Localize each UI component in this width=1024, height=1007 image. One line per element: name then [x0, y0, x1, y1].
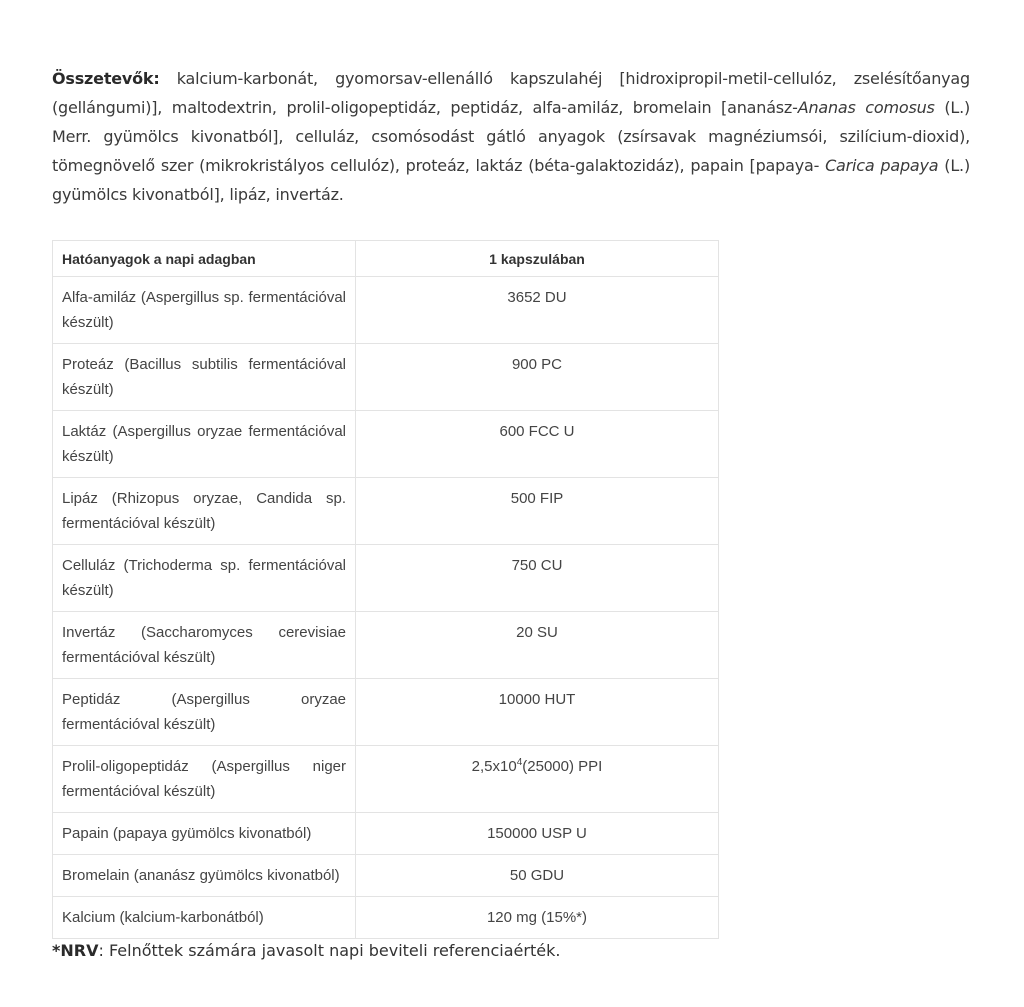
ingredient-name: Proteáz (Bacillus subtilis fermentációva…: [53, 344, 356, 411]
ingredients-italic-1: Ananas comosus: [798, 98, 935, 117]
ingredient-amount: 10000 HUT: [356, 679, 719, 746]
header-per-capsule: 1 kapszulában: [356, 241, 719, 277]
table-row: Alfa-amiláz (Aspergillus sp. fermentáció…: [53, 277, 719, 344]
ingredient-name: Kalcium (kalcium-karbonátból): [53, 897, 356, 939]
nrv-text: : Felnőttek számára javasolt napi bevite…: [98, 941, 560, 960]
ingredient-amount: 600 FCC U: [356, 411, 719, 478]
table-row: Proteáz (Bacillus subtilis fermentációva…: [53, 344, 719, 411]
ingredient-name: Bromelain (ananász gyümölcs kivonatból): [53, 855, 356, 897]
ingredients-paragraph: Összetevők: kalcium-karbonát, gyomorsav-…: [52, 64, 970, 209]
nrv-label: *NRV: [52, 941, 98, 960]
header-active-ingredients: Hatóanyagok a napi adagban: [53, 241, 356, 277]
ingredient-amount: 3652 DU: [356, 277, 719, 344]
amount-rest: (25000) PPI: [522, 758, 602, 775]
table-row: Laktáz (Aspergillus oryzae fermentációva…: [53, 411, 719, 478]
table-row: Peptidáz (Aspergillus oryzae fermentáció…: [53, 679, 719, 746]
table-header-row: Hatóanyagok a napi adagban 1 kapszulában: [53, 241, 719, 277]
table-row: Celluláz (Trichoderma sp. fermentációval…: [53, 545, 719, 612]
ingredient-amount: 120 mg (15%*): [356, 897, 719, 939]
ingredients-italic-2: Carica papaya: [825, 156, 938, 175]
table-row: Invertáz (Saccharomyces cerevisiae ferme…: [53, 612, 719, 679]
ingredient-amount: 750 CU: [356, 545, 719, 612]
ingredient-name: Laktáz (Aspergillus oryzae fermentációva…: [53, 411, 356, 478]
ingredients-label: Összetevők:: [52, 69, 160, 88]
ingredient-name: Prolil-oligopeptidáz (Aspergillus niger …: [53, 746, 356, 813]
ingredient-name: Peptidáz (Aspergillus oryzae fermentáció…: [53, 679, 356, 746]
ingredient-name: Celluláz (Trichoderma sp. fermentációval…: [53, 545, 356, 612]
ingredient-amount: 2,5x104(25000) PPI: [356, 746, 719, 813]
ingredient-amount: 900 PC: [356, 344, 719, 411]
table-row: Kalcium (kalcium-karbonátból)120 mg (15%…: [53, 897, 719, 939]
ingredient-name: Alfa-amiláz (Aspergillus sp. fermentáció…: [53, 277, 356, 344]
ingredient-amount: 20 SU: [356, 612, 719, 679]
ingredient-amount: 150000 USP U: [356, 813, 719, 855]
active-ingredients-table: Hatóanyagok a napi adagban 1 kapszulában…: [52, 240, 719, 939]
table-row: Lipáz (Rhizopus oryzae, Candida sp. ferm…: [53, 478, 719, 545]
ingredient-amount: 50 GDU: [356, 855, 719, 897]
ingredient-amount: 500 FIP: [356, 478, 719, 545]
table-row: Bromelain (ananász gyümölcs kivonatból)5…: [53, 855, 719, 897]
table-row: Prolil-oligopeptidáz (Aspergillus niger …: [53, 746, 719, 813]
ingredient-name: Papain (papaya gyümölcs kivonatból): [53, 813, 356, 855]
ingredient-name: Invertáz (Saccharomyces cerevisiae ferme…: [53, 612, 356, 679]
nrv-footnote: *NRV: Felnőttek számára javasolt napi be…: [52, 941, 560, 960]
amount-base: 2,5x10: [472, 758, 517, 775]
table-row: Papain (papaya gyümölcs kivonatból)15000…: [53, 813, 719, 855]
ingredient-name: Lipáz (Rhizopus oryzae, Candida sp. ferm…: [53, 478, 356, 545]
